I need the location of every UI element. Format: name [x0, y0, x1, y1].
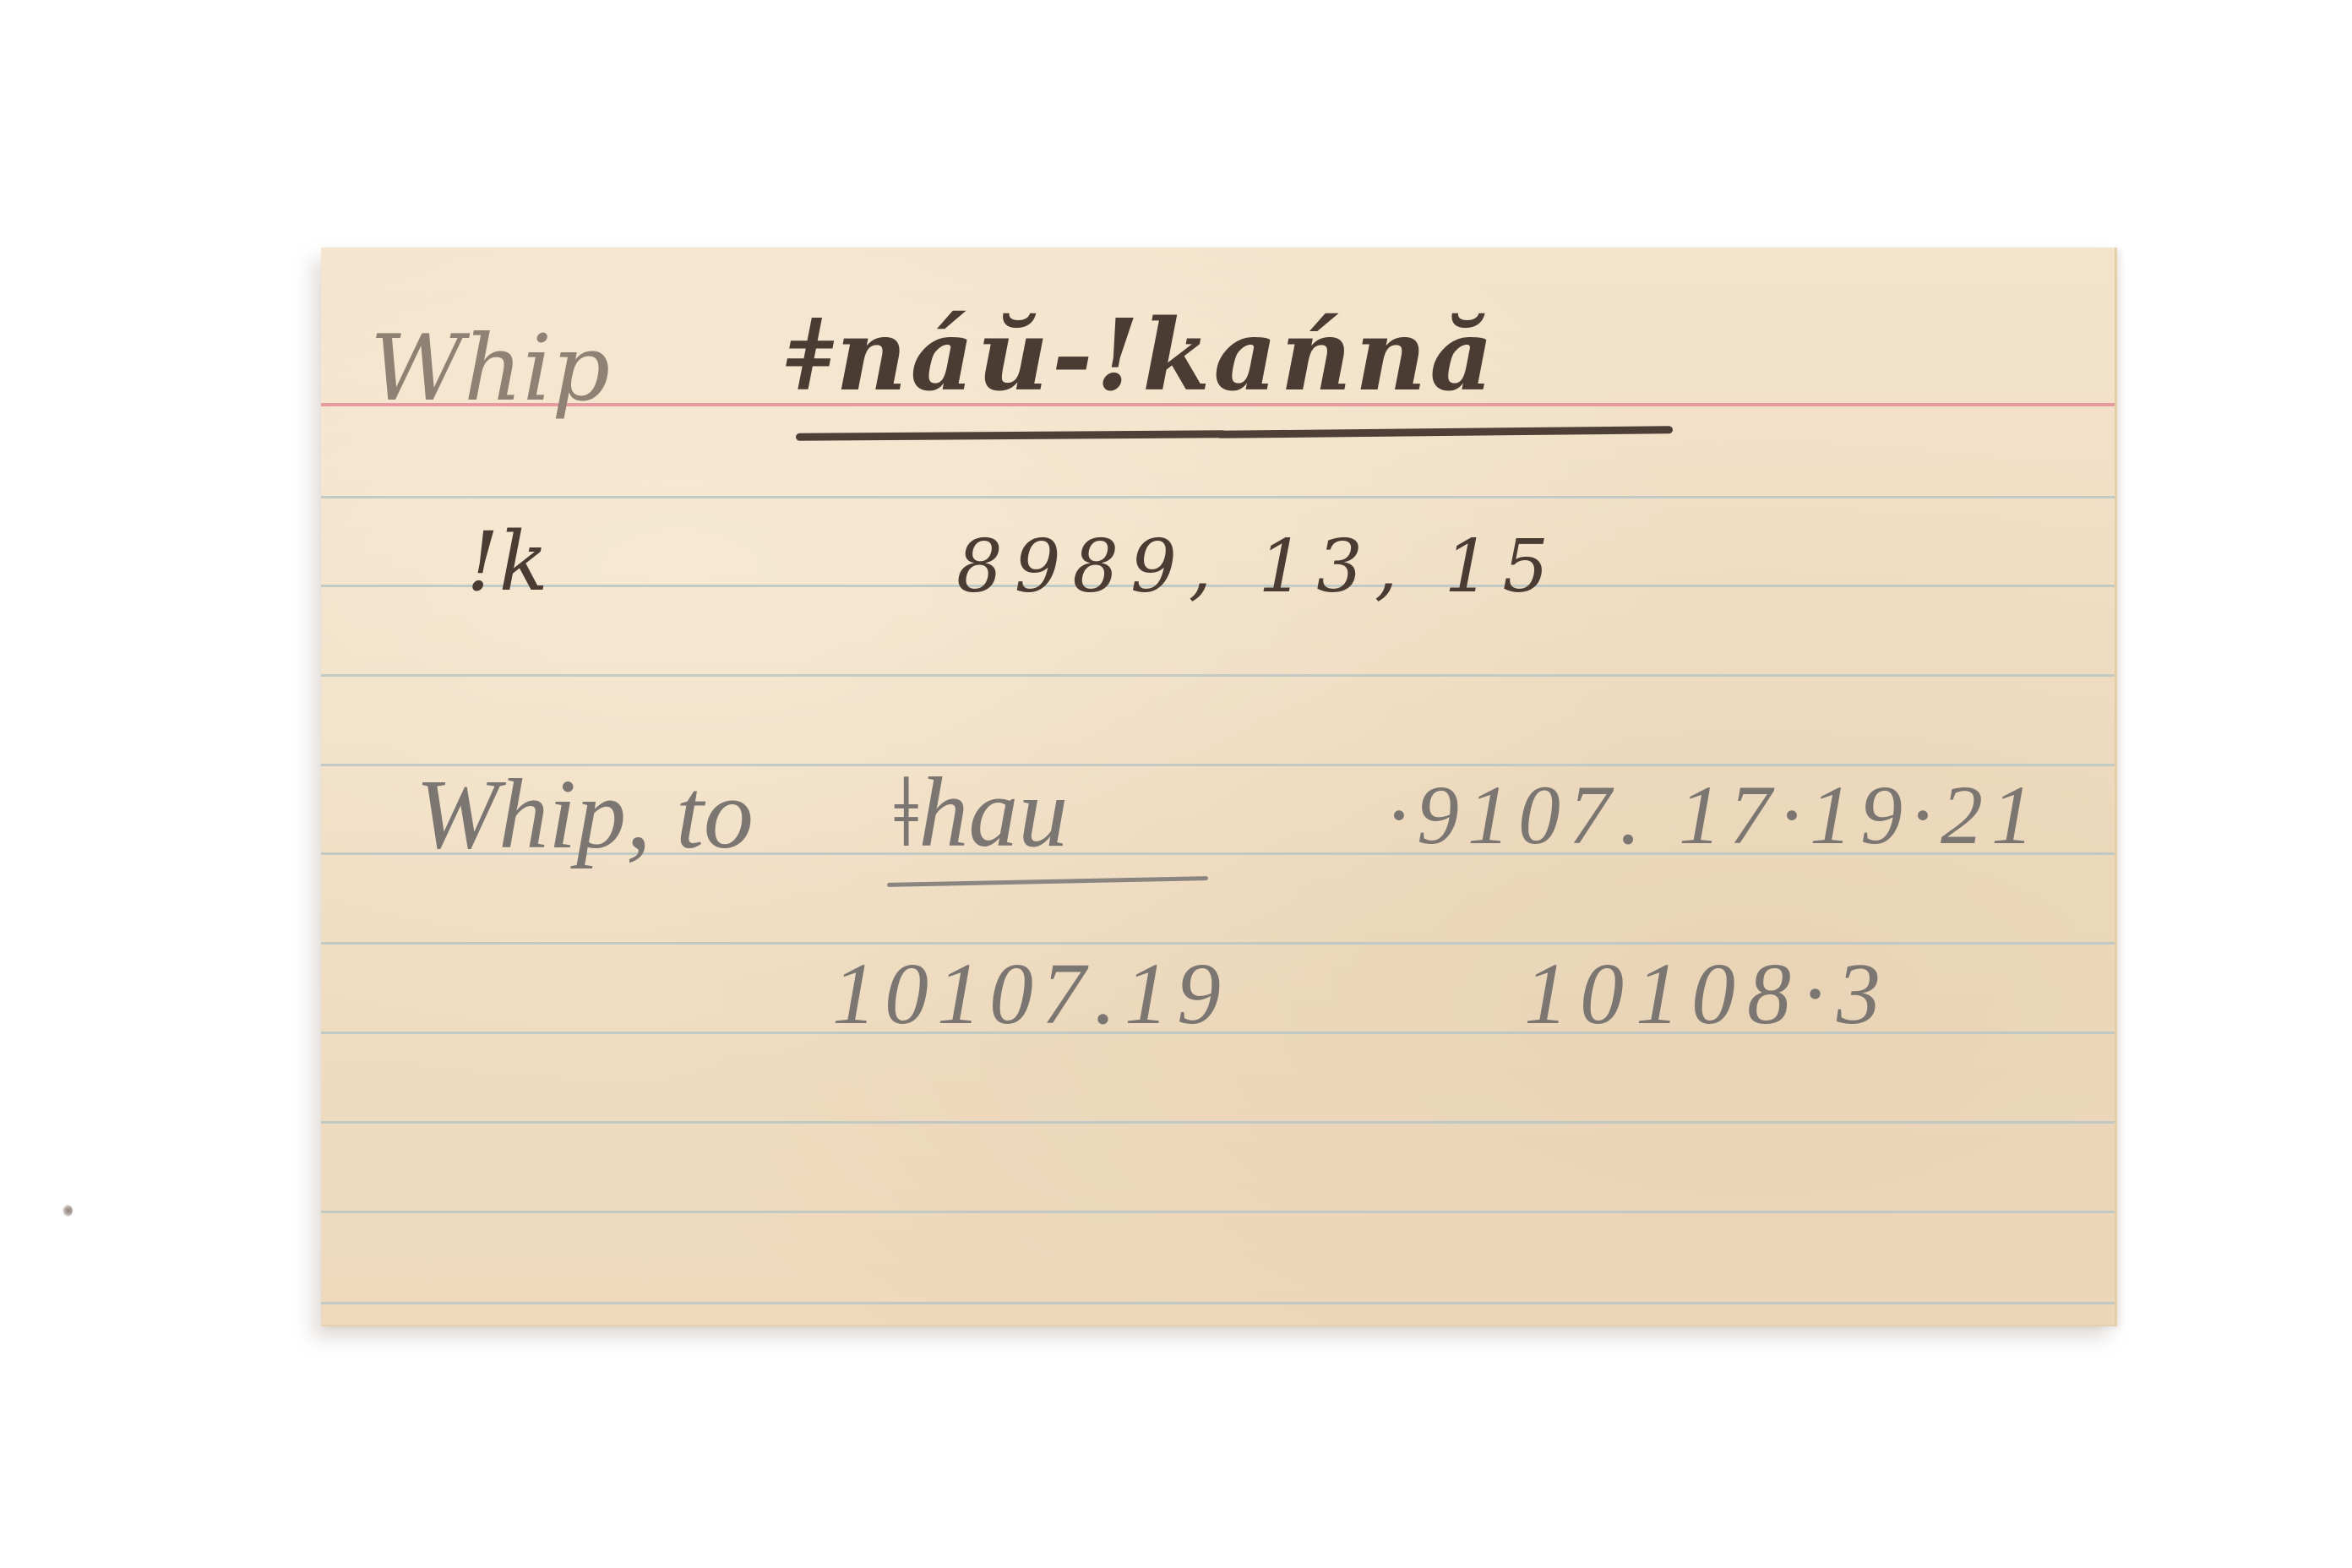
pencil-headword: ǂhau — [894, 763, 1068, 863]
dust-speck — [63, 1205, 73, 1217]
pencil-english-phrase: Whip, to — [416, 765, 754, 864]
headword-underline — [796, 430, 1227, 441]
blue-rule — [321, 942, 2115, 945]
blue-rule — [321, 674, 2115, 677]
index-card: Whip ǂnáŭ-!kańnă !k 8989, 13, 15 Whip, t… — [321, 248, 2117, 1326]
source-code: !k — [466, 521, 548, 602]
pencil-references-line2a: 10107.19 — [832, 950, 1229, 1038]
blue-rule — [321, 1121, 2115, 1124]
blue-rule — [321, 1302, 2115, 1304]
blue-rule — [321, 1211, 2115, 1213]
reference-numbers: 8989, 13, 15 — [956, 531, 1560, 603]
pencil-headword-underline — [887, 876, 1208, 887]
english-word: Whip — [370, 324, 610, 415]
headword-underline-right — [1217, 426, 1673, 438]
pencil-references-line1: ·9107. 17·19·21 — [1387, 773, 2042, 857]
pencil-references-line2b: 10108·3 — [1524, 950, 1892, 1038]
blue-rule — [321, 496, 2115, 498]
headword: ǂnáŭ-!kańnă — [787, 307, 1497, 405]
